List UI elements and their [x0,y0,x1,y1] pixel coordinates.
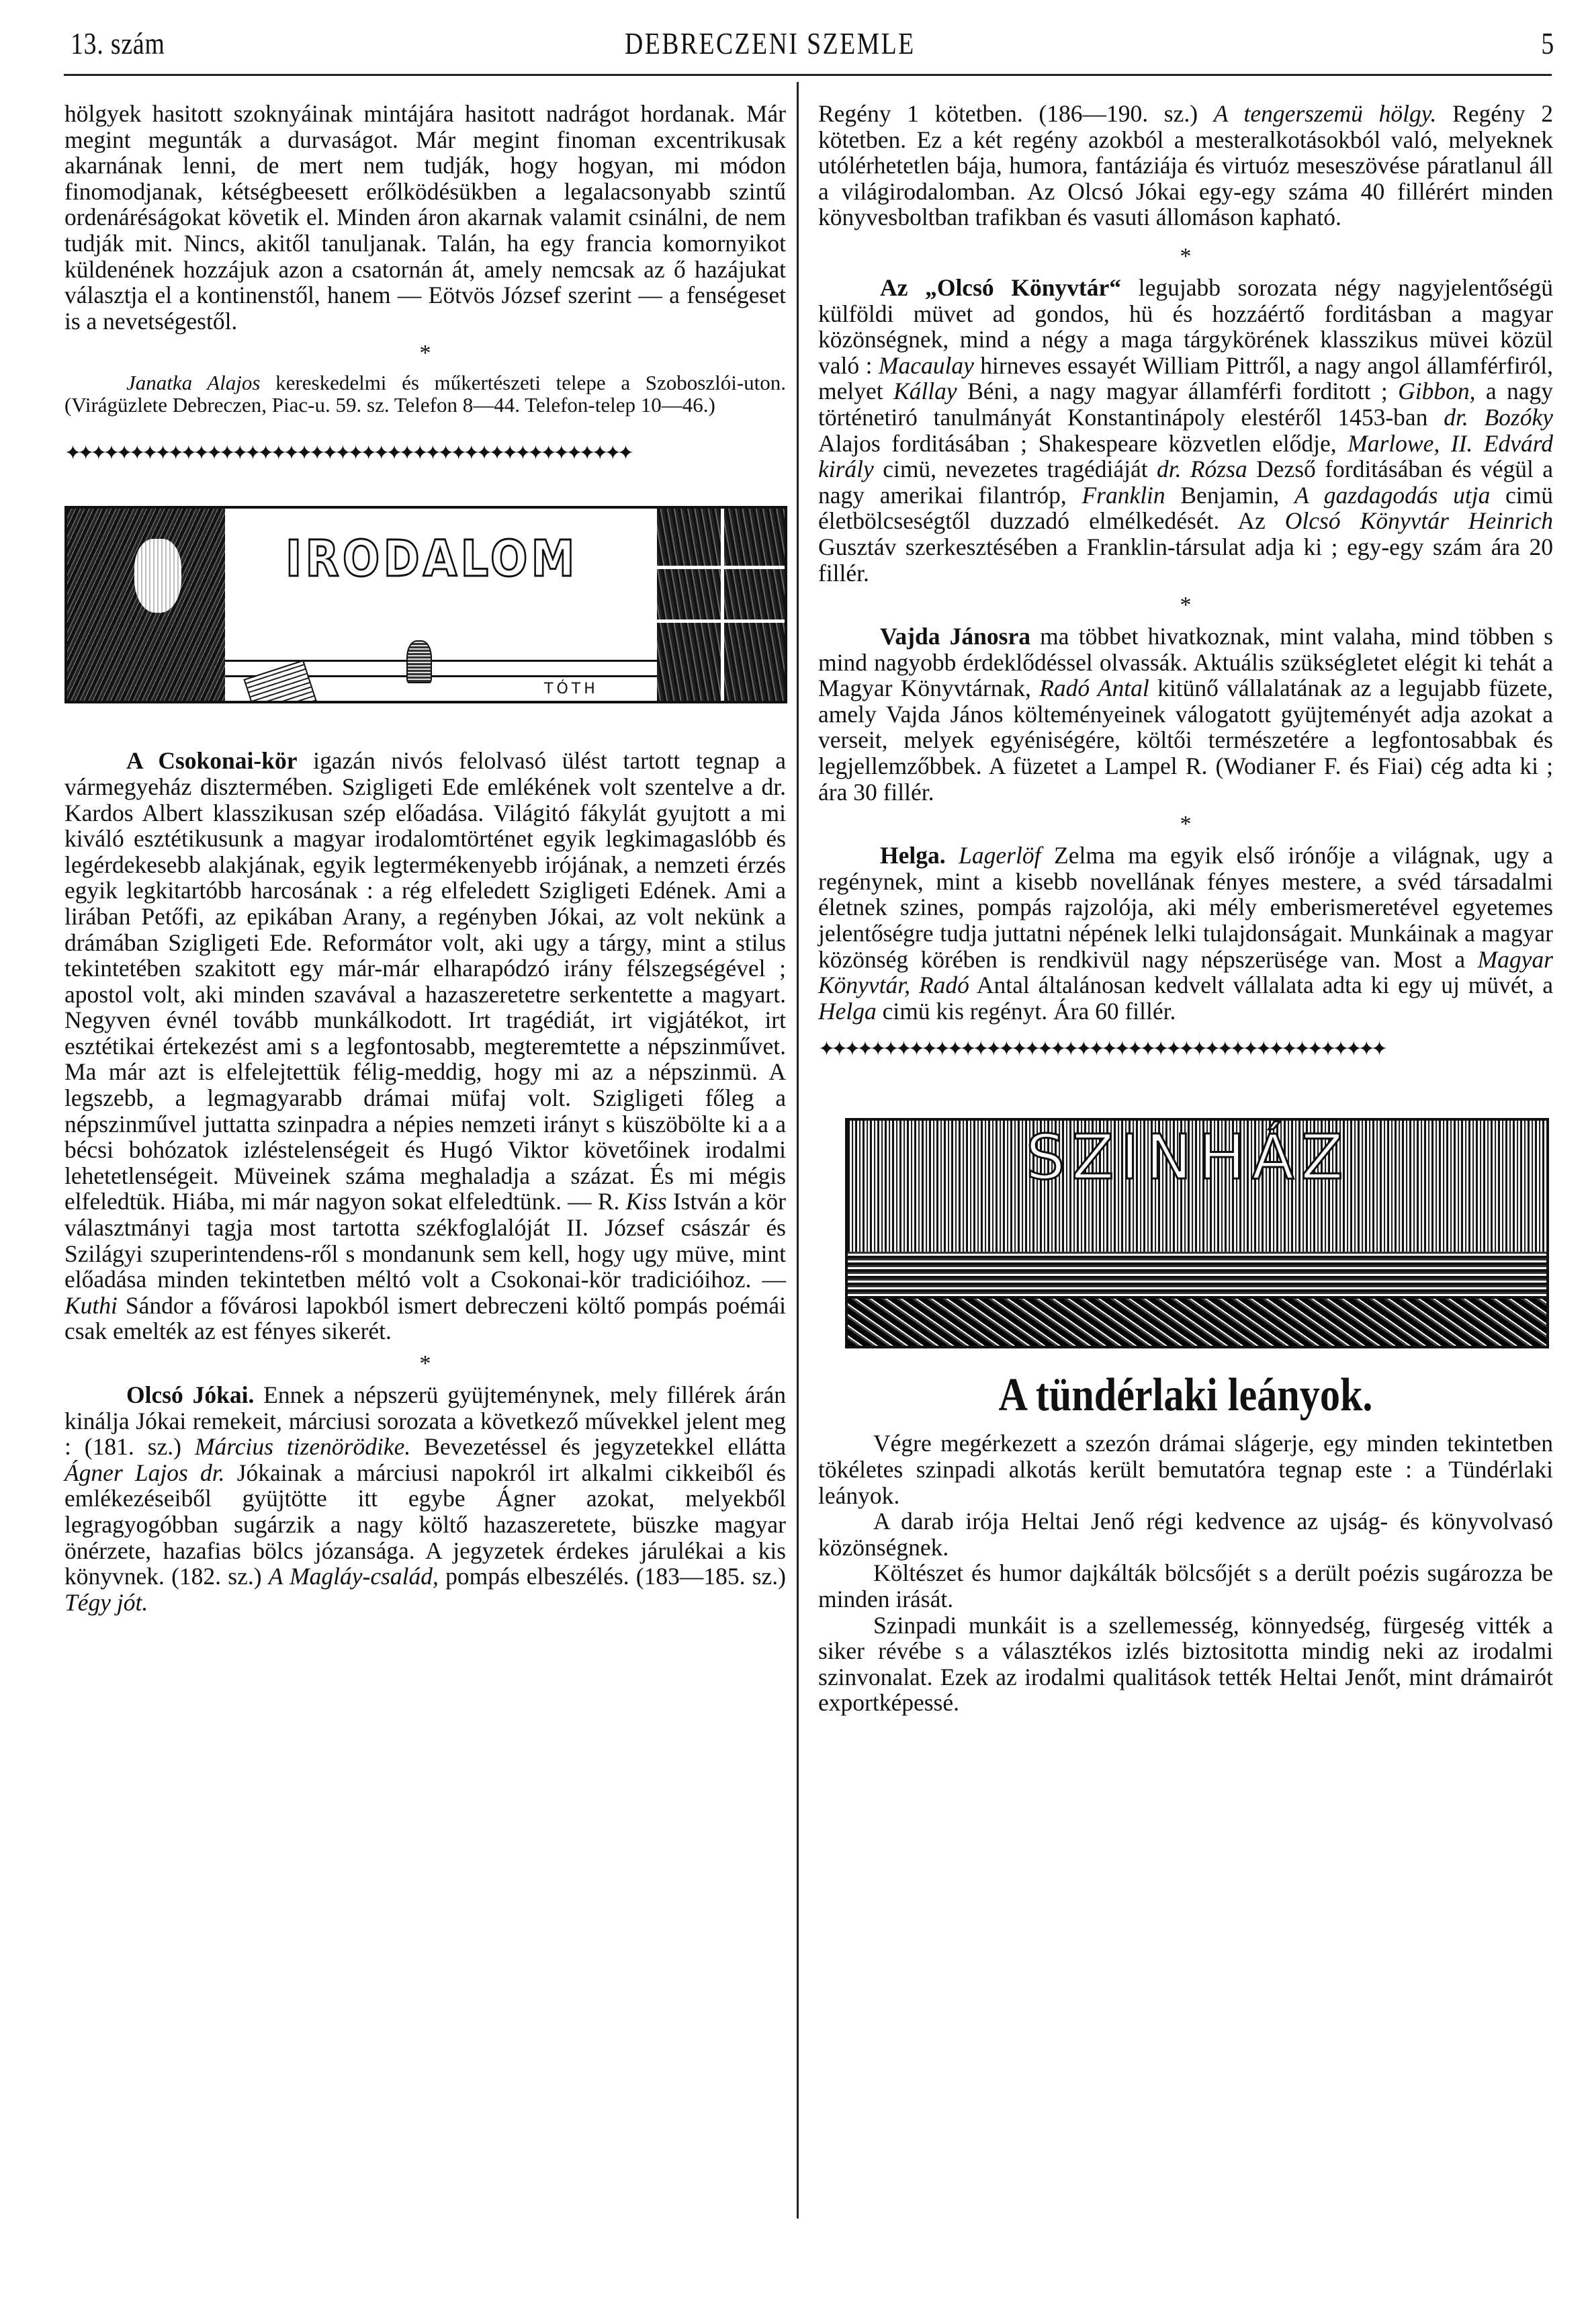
ornament-divider: ✦✦✦✦✦✦✦✦✦✦✦✦✦✦✦✦✦✦✦✦✦✦✦✦✦✦✦✦✦✦✦✦✦✦✦✦✦✦✦✦… [64,443,786,464]
left-column: hölgyek hasitott szoknyáinak mintájára h… [64,101,786,1615]
article-olcso-jokai: Olcsó Jókai. Ennek a népszerü gyüjtemény… [64,1382,786,1615]
article-olcso-konyvtar: Az „Olcsó Könyvtár“ legujabb sorozata né… [818,275,1553,586]
newspaper-title: DEBRECZENI SZEMLE [625,26,916,61]
page-number: 5 [1541,26,1554,61]
header-rule [64,74,1552,76]
illustrator-signature: TÓTH [544,677,599,703]
paper-icon [243,660,316,703]
notice-janatka: Janatka Alajos kereskedelmi és műkertész… [64,372,786,416]
section-separator: * [818,813,1553,836]
irodalom-section-illustration: IRODALOM TÓTH [64,506,787,703]
article-continuation: hölgyek hasitott szoknyáinak mintájára h… [64,101,786,334]
play-review-title: A tündérlaki leányok. [870,1369,1502,1422]
bookshelf-icon [657,509,785,701]
article-vajda: Vajda Jánosra ma többet hivatkoznak, min… [818,623,1553,805]
masthead: 13. szám DEBRECZENI SZEMLE 5 [64,26,1552,73]
play-review: A tündérlaki leányok. Végre megérkezett … [818,1369,1553,1716]
section-heading-irodalom: IRODALOM [285,546,578,572]
szinhaz-section-illustration: SZINHÁZ [845,1118,1549,1348]
writer-figure-icon [67,509,225,701]
play-review-paragraph: Végre megérkezett a szezón drámai sláger… [818,1430,1553,1508]
right-column: Regény 1 kötetben. (186—190. sz.) A teng… [818,101,1553,1716]
article-olcso-jokai-continued: Regény 1 kötetben. (186—190. sz.) A teng… [818,101,1553,230]
play-review-paragraph: A darab irója Heltai Jenő régi kedvence … [818,1508,1553,1560]
notice-janatka-name: Janatka Alajos [126,371,260,394]
section-separator: * [64,1352,786,1375]
article-helga: Helga. Lagerlöf Zelma ma egyik első irón… [818,843,1553,1024]
column-divider [797,82,799,2219]
section-heading-szinhaz: SZINHÁZ [1019,1145,1357,1171]
play-review-paragraph: Szinpadi munkáit is a szellemesség, könn… [818,1612,1553,1716]
ornament-divider: ✦✦✦✦✦✦✦✦✦✦✦✦✦✦✦✦✦✦✦✦✦✦✦✦✦✦✦✦✦✦✦✦✦✦✦✦✦✦✦✦… [818,1039,1553,1060]
article-csokonai: A Csokonai-kör igazán nivós felolvasó ül… [64,748,786,1344]
section-separator: * [818,594,1553,617]
inkwell-icon [406,640,432,683]
section-separator: * [818,245,1553,268]
issue-number: 13. szám [71,26,165,61]
play-review-paragraph: Költészet és humor dajkálták bölcsőjét s… [818,1560,1553,1612]
section-separator: * [64,342,786,365]
